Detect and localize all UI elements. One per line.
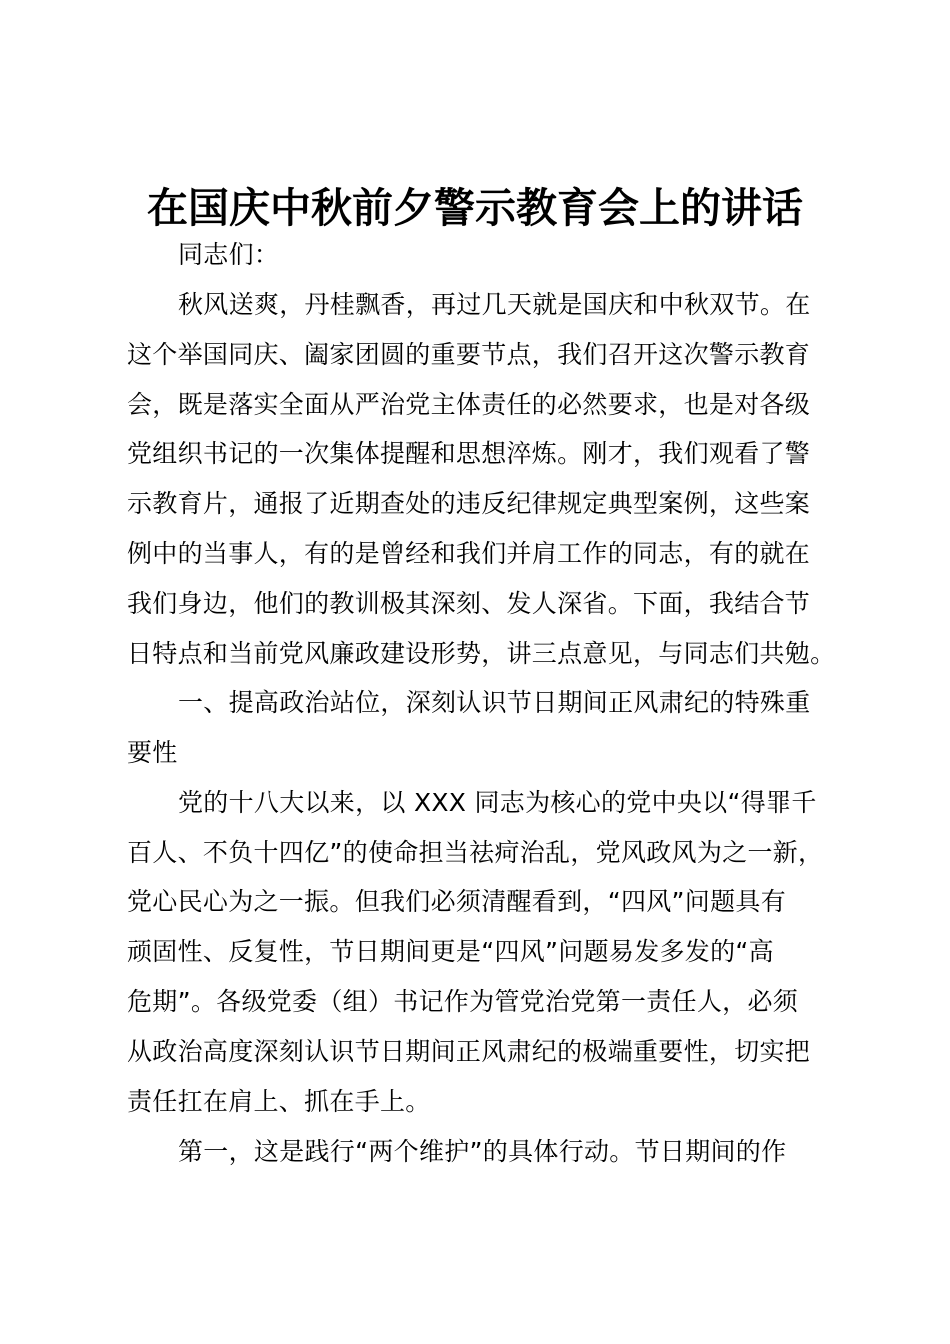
paragraph-line: 示教育片，通报了近期查处的违反纪律规定典型案例，这些案 [127,487,810,521]
paragraph-line: 会，既是落实全面从严治党主体责任的必然要求，也是对各级 [127,388,810,422]
section-heading: 要性 [127,736,178,770]
paragraph-line: 责任扛在肩上、抓在手上。 [127,1085,431,1119]
document-page: 在国庆中秋前夕警示教育会上的讲话 同志们： 秋风送爽，丹桂飘香，再过几天就是国庆… [0,0,950,1344]
paragraph-line: 党心民心为之一振。但我们必须清醒看到，“四风”问题具有 [127,885,786,919]
paragraph-line: 日特点和当前党风廉政建设形势，讲三点意见，与同志们共勉。 [127,637,835,671]
salutation: 同志们： [178,238,279,272]
paragraph-line: 危期”。各级党委（组）书记作为管党治党第一责任人，必须 [127,985,798,1019]
paragraph-line: 秋风送爽，丹桂飘香，再过几天就是国庆和中秋双节。在 [178,288,811,322]
paragraph-line: 这个举国同庆、阖家团圆的重要节点，我们召开这次警示教育 [127,338,810,372]
paragraph-line: 党的十八大以来，以 XXX 同志为核心的党中央以“得罪千 [178,786,817,820]
paragraph-line: 从政治高度深刻认识节日期间正风肃纪的极端重要性，切实把 [127,1035,810,1069]
paragraph-line: 党组织书记的一次集体提醒和思想淬炼。刚才，我们观看了警 [127,437,810,471]
section-heading: 一、提高政治站位，深刻认识节日期间正风肃纪的特殊重 [178,686,811,720]
document-title: 在国庆中秋前夕警示教育会上的讲话 [0,181,950,235]
paragraph-line: 我们身边，他们的教训极其深刻、发人深省。下面，我结合节 [127,587,810,621]
paragraph-line: 例中的当事人，有的是曾经和我们并肩工作的同志，有的就在 [127,537,810,571]
paragraph-line: 百人、不负十四亿”的使命担当祛疴治乱，党风政风为之一新， [127,836,823,870]
paragraph-line: 第一，这是践行“两个维护”的具体行动。节日期间的作 [178,1135,786,1169]
paragraph-line: 顽固性、反复性，节日期间更是“四风”问题易发多发的“高 [127,935,774,969]
